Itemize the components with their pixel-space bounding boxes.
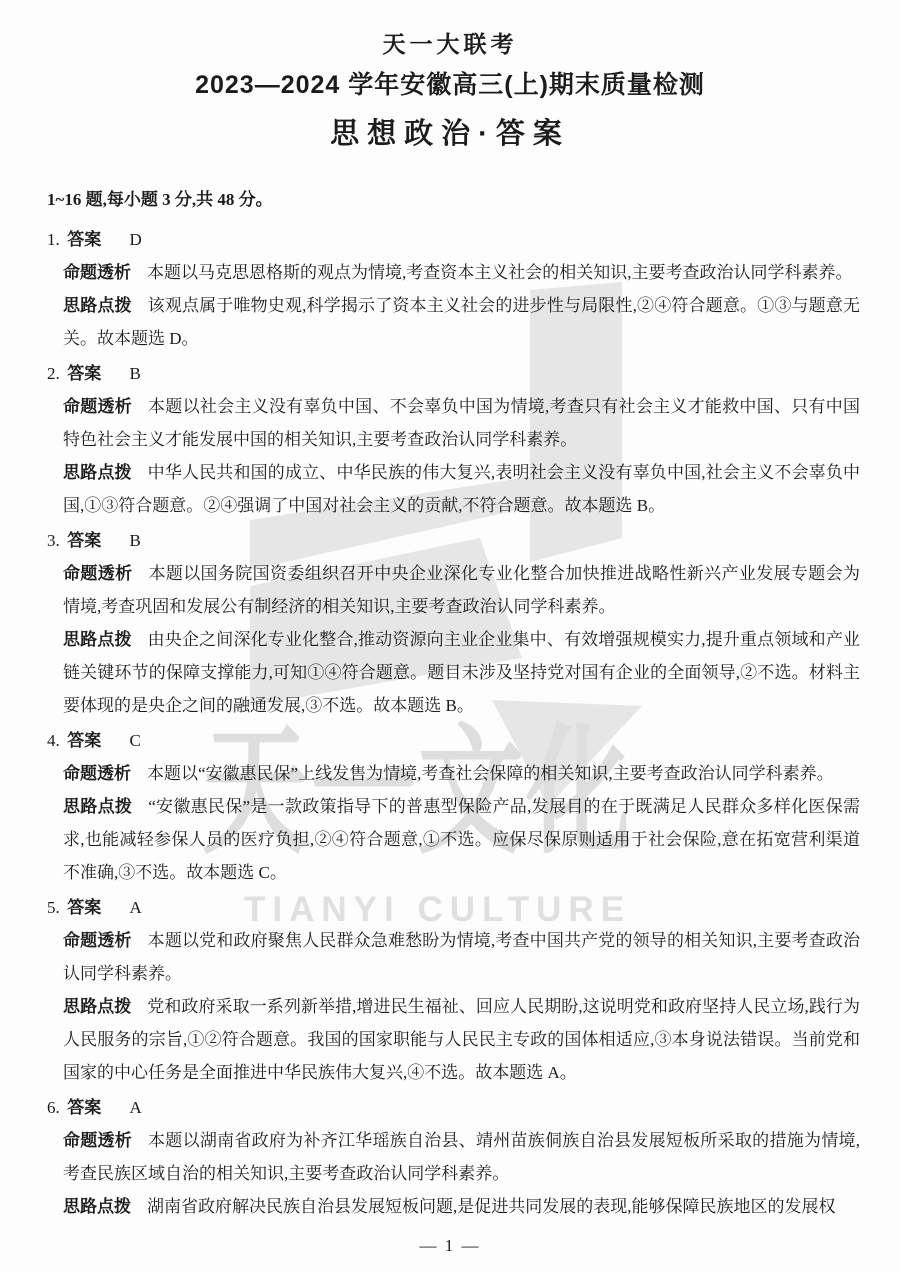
analysis-text: 本题以国务院国资委组织召开中央企业深化专业化整合加快推进战略性新兴产业发展专题会… (63, 564, 860, 616)
answer-letter: D (130, 230, 142, 249)
question-number: 6. (47, 1091, 63, 1124)
tips-text: 该观点属于唯物史观,科学揭示了资本主义社会的进步性与局限性,②④符合题意。①③与… (63, 296, 860, 348)
tips-label: 思路点拨 (63, 296, 132, 315)
answer-letter: A (130, 898, 142, 917)
question-block-4: 4. 答案 C 命题透析本题以“安徽惠民保”上线发售为情境,考查社会保障的相关知… (47, 724, 860, 889)
analysis-text: 本题以马克思恩格斯的观点为情境,考查资本主义社会的相关知识,主要考查政治认同学科… (147, 263, 853, 282)
question-block-2: 2. 答案 B 命题透析本题以社会主义没有辜负中国、不会辜负中国为情境,考查只有… (47, 357, 860, 522)
answer-line: 3. 答案 B (47, 524, 860, 557)
tips-paragraph: 思路点拨“安徽惠民保”是一款政策指导下的普惠型保险产品,发展目的在于既满足人民群… (63, 790, 860, 889)
question-number: 1. (47, 223, 63, 256)
tips-paragraph: 思路点拨中华人民共和国的成立、中华民族的伟大复兴,表明社会主义没有辜负中国,社会… (63, 456, 860, 522)
answer-label: 答案 (67, 531, 101, 550)
question-number: 2. (47, 357, 63, 390)
tips-label: 思路点拨 (63, 1197, 131, 1216)
tips-paragraph: 思路点拨党和政府采取一系列新举措,增进民生福祉、回应人民期盼,这说明党和政府坚持… (63, 990, 860, 1089)
question-number: 5. (47, 891, 63, 924)
analysis-label: 命题透析 (63, 931, 132, 950)
tips-text: 由央企之间深化专业化整合,推动资源向主业企业集中、有效增强规模实力,提升重点领域… (63, 630, 860, 715)
exam-brand-title: 天一大联考 (0, 30, 900, 60)
answer-label: 答案 (67, 1098, 101, 1117)
analysis-paragraph: 命题透析本题以党和政府聚焦人民群众急难愁盼为情境,考查中国共产党的领导的相关知识… (63, 924, 860, 990)
answer-letter: A (130, 1098, 142, 1117)
question-block-5: 5. 答案 A 命题透析本题以党和政府聚焦人民群众急难愁盼为情境,考查中国共产党… (47, 891, 860, 1089)
answers-content: 1~16 题,每小题 3 分,共 48 分。 1. 答案 D 命题透析本题以马克… (47, 183, 860, 1223)
analysis-text: 本题以社会主义没有辜负中国、不会辜负中国为情境,考查只有社会主义才能救中国、只有… (63, 397, 860, 449)
tips-text: 党和政府采取一系列新举措,增进民生福祉、回应人民期盼,这说明党和政府坚持人民立场… (63, 997, 860, 1082)
tips-text: 中华人民共和国的成立、中华民族的伟大复兴,表明社会主义没有辜负中国,社会主义不会… (63, 463, 860, 515)
answer-label: 答案 (67, 898, 101, 917)
answer-label: 答案 (67, 230, 101, 249)
analysis-label: 命题透析 (63, 263, 131, 282)
answer-letter: B (130, 531, 141, 550)
analysis-label: 命题透析 (63, 764, 131, 783)
scoring-note: 1~16 题,每小题 3 分,共 48 分。 (47, 183, 860, 216)
subject-answers-title: 思想政治·答案 (0, 116, 900, 154)
tips-paragraph: 思路点拨该观点属于唯物史观,科学揭示了资本主义社会的进步性与局限性,②④符合题意… (63, 289, 860, 355)
tips-label: 思路点拨 (63, 997, 131, 1016)
answer-line: 6. 答案 A (47, 1091, 860, 1124)
analysis-text: 本题以党和政府聚焦人民群众急难愁盼为情境,考查中国共产党的领导的相关知识,主要考… (63, 931, 860, 983)
question-number: 4. (47, 724, 63, 757)
answer-label: 答案 (67, 364, 101, 383)
exam-session-title: 2023—2024 学年安徽高三(上)期末质量检测 (0, 69, 900, 102)
page-number: — 1 — (0, 1236, 900, 1256)
answer-line: 4. 答案 C (47, 724, 860, 757)
header: 天一大联考 2023—2024 学年安徽高三(上)期末质量检测 思想政治·答案 (0, 0, 900, 154)
answer-line: 5. 答案 A (47, 891, 860, 924)
answer-sheet-page: 天一文化 TIANYI CULTURE 天一大联考 2023—2024 学年安徽… (0, 0, 900, 1272)
analysis-paragraph: 命题透析本题以湖南省政府为补齐江华瑶族自治县、靖州苗族侗族自治县发展短板所采取的… (63, 1124, 860, 1190)
answer-letter: C (130, 731, 141, 750)
analysis-label: 命题透析 (63, 1131, 132, 1150)
answer-letter: B (130, 364, 141, 383)
tips-label: 思路点拨 (63, 630, 132, 649)
question-number: 3. (47, 524, 63, 557)
analysis-paragraph: 命题透析本题以马克思恩格斯的观点为情境,考查资本主义社会的相关知识,主要考查政治… (63, 256, 860, 289)
answer-line: 1. 答案 D (47, 223, 860, 256)
tips-text: 湖南省政府解决民族自治县发展短板问题,是促进共同发展的表现,能够保障民族地区的发… (147, 1197, 836, 1216)
analysis-label: 命题透析 (63, 564, 132, 583)
tips-text: “安徽惠民保”是一款政策指导下的普惠型保险产品,发展目的在于既满足人民群众多样化… (63, 797, 860, 882)
analysis-paragraph: 命题透析本题以“安徽惠民保”上线发售为情境,考查社会保障的相关知识,主要考查政治… (63, 757, 860, 790)
question-block-1: 1. 答案 D 命题透析本题以马克思恩格斯的观点为情境,考查资本主义社会的相关知… (47, 223, 860, 355)
answer-line: 2. 答案 B (47, 357, 860, 390)
tips-paragraph: 思路点拨由央企之间深化专业化整合,推动资源向主业企业集中、有效增强规模实力,提升… (63, 623, 860, 722)
answer-label: 答案 (67, 731, 101, 750)
analysis-label: 命题透析 (63, 397, 132, 416)
analysis-paragraph: 命题透析本题以社会主义没有辜负中国、不会辜负中国为情境,考查只有社会主义才能救中… (63, 390, 860, 456)
analysis-text: 本题以湖南省政府为补齐江华瑶族自治县、靖州苗族侗族自治县发展短板所采取的措施为情… (63, 1131, 860, 1183)
analysis-text: 本题以“安徽惠民保”上线发售为情境,考查社会保障的相关知识,主要考查政治认同学科… (147, 764, 834, 783)
analysis-paragraph: 命题透析本题以国务院国资委组织召开中央企业深化专业化整合加快推进战略性新兴产业发… (63, 557, 860, 623)
tips-label: 思路点拨 (63, 463, 132, 482)
question-block-6: 6. 答案 A 命题透析本题以湖南省政府为补齐江华瑶族自治县、靖州苗族侗族自治县… (47, 1091, 860, 1223)
tips-label: 思路点拨 (63, 797, 132, 816)
question-block-3: 3. 答案 B 命题透析本题以国务院国资委组织召开中央企业深化专业化整合加快推进… (47, 524, 860, 722)
tips-paragraph: 思路点拨湖南省政府解决民族自治县发展短板问题,是促进共同发展的表现,能够保障民族… (63, 1190, 860, 1223)
